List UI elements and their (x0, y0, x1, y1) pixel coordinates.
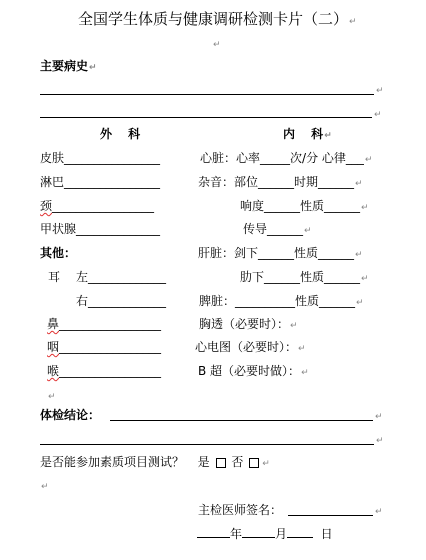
yes-checkbox[interactable] (216, 458, 226, 468)
conclusion-label: 体检结论： (40, 408, 100, 422)
rib-nature-blank: ______ (324, 270, 360, 284)
liver-xiphoid-blank: ______ (258, 246, 294, 260)
spleen-nature-label: 性质 (295, 294, 319, 308)
history-label-text: 主要病史 (40, 59, 88, 73)
spleen-label: 脾脏： (199, 294, 235, 308)
paragraph-mark-icon: ↵ (262, 459, 270, 469)
loudness-label: 响度 (240, 199, 264, 213)
paragraph-mark-icon: ↵ (375, 410, 383, 424)
ear-right-blank: _____________ (88, 294, 166, 308)
paragraph-mark-icon: ↵ (374, 108, 382, 122)
ecg-field[interactable]: 心电图（必要时）：↵ (195, 340, 306, 356)
larynx-label: 喉 (47, 364, 59, 378)
liver-field[interactable]: 肝脏：剑下______性质______↵ (198, 246, 363, 262)
rib-nature-label: 性质 (300, 270, 324, 284)
internal-header: 内 科↵ (283, 127, 332, 143)
other-label: 其他： (40, 246, 76, 260)
nose-blank: _________________ (59, 317, 161, 331)
spleen-field[interactable]: 脾脏：__________性质______↵ (199, 294, 364, 310)
liver-nature-label: 性质 (294, 246, 318, 260)
lymph-label: 淋巴 (40, 175, 64, 189)
neck-field[interactable]: 颈_________________ (40, 199, 154, 213)
paragraph-mark-icon: ↵ (365, 155, 373, 165)
history-label: 主要病史↵ (40, 59, 97, 75)
skin-field[interactable]: 皮肤________________ (40, 151, 160, 165)
larynx-field[interactable]: 喉_________________ (47, 364, 161, 378)
paragraph-mark-icon: ↵ (41, 480, 49, 494)
chest-xray-label: 胸透（必要时）： (199, 317, 289, 331)
rib-field[interactable]: 肋下______性质______↵ (240, 270, 369, 286)
murmur-site-blank: ______ (258, 175, 294, 189)
ear-left-blank: _____________ (88, 270, 166, 284)
paragraph-mark-icon: ↵ (301, 368, 309, 378)
ultrasound-label: B 超（必要时做）： (198, 364, 300, 378)
rib-label: 肋下 (240, 270, 264, 284)
loudness-blank: ______ (264, 199, 300, 213)
neck-blank: _________________ (52, 199, 154, 213)
paragraph-mark-icon: ↵ (213, 38, 221, 52)
test-question-row: 是否能参加素质项目测试？ 是 否 ↵ (40, 455, 270, 471)
ear-label: 耳 (48, 270, 60, 284)
doctor-signature-label: 主检医师签名： (198, 503, 282, 517)
conduction-field[interactable]: 传导______↵ (243, 222, 312, 238)
year-blank[interactable] (197, 526, 230, 538)
chest-xray-field[interactable]: 胸透（必要时）：↵ (199, 317, 298, 333)
lymph-blank: ________________ (64, 175, 160, 189)
spleen-nature-blank: ______ (319, 294, 355, 308)
skin-label: 皮肤 (40, 151, 64, 165)
heart-field[interactable]: 心脏：心率_____次/分 心律___↵ (200, 151, 372, 167)
paragraph-mark-icon: ↵ (375, 505, 383, 519)
skin-blank: ________________ (64, 151, 160, 165)
loudness-nature-label: 性质 (300, 199, 324, 213)
year-label: 年 (230, 527, 242, 541)
day-label: 日 (321, 527, 333, 541)
month-blank[interactable] (242, 526, 275, 538)
thyroid-label: 甲状腺 (40, 222, 76, 236)
paragraph-mark-icon: ↵ (361, 274, 369, 284)
loudness-nature-blank: ______ (324, 199, 360, 213)
paragraph-mark-icon: ↵ (48, 390, 56, 404)
heart-rhythm-label: 心律 (322, 151, 346, 165)
heart-label: 心脏： (200, 151, 236, 165)
ecg-label: 心电图（必要时）： (195, 340, 297, 354)
liver-label: 肝脏： (198, 246, 234, 260)
paragraph-mark-icon: ↵ (356, 298, 364, 308)
paragraph-mark-icon: ↵ (376, 84, 384, 98)
ultrasound-field[interactable]: B 超（必要时做）：↵ (198, 364, 309, 380)
conclusion-line-1[interactable] (110, 420, 373, 421)
spleen-blank: __________ (235, 294, 295, 308)
paragraph-mark-icon: ↵ (376, 434, 384, 448)
test-question-label: 是否能参加素质项目测试？ (40, 455, 184, 469)
conclusion-line-2[interactable] (40, 444, 374, 445)
paragraph-mark-icon: ↵ (304, 226, 312, 236)
no-checkbox[interactable] (249, 458, 259, 468)
title-text: 全国学生体质与健康调研检测卡片（二） (78, 10, 348, 28)
nose-field[interactable]: 鼻_________________ (47, 317, 161, 331)
nose-label: 鼻 (47, 317, 59, 331)
heart-rate-blank: _____ (260, 151, 290, 165)
paragraph-mark-icon: ↵ (355, 250, 363, 260)
heart-rate-label: 心率 (236, 151, 260, 165)
ear-right-label: 右 (76, 294, 88, 308)
no-label: 否 (231, 455, 243, 469)
murmur-label: 杂音： (198, 175, 234, 189)
thyroid-blank: ______________ (76, 222, 160, 236)
document-title: 全国学生体质与健康调研检测卡片（二）↵ (78, 10, 357, 31)
paragraph-mark-icon: ↵ (298, 344, 306, 354)
rib-blank: ______ (264, 270, 300, 284)
liver-xiphoid-label: 剑下 (234, 246, 258, 260)
history-line-1[interactable] (40, 94, 374, 95)
murmur-period-label: 时期 (294, 175, 318, 189)
liver-nature-blank: ______ (318, 246, 354, 260)
heart-rhythm-blank: ___ (346, 151, 364, 165)
paragraph-mark-icon: ↵ (89, 63, 97, 73)
conduction-label: 传导 (243, 222, 267, 236)
lymph-field[interactable]: 淋巴________________ (40, 175, 160, 189)
pharynx-field[interactable]: 咽_________________ (47, 340, 161, 354)
neck-label: 颈 (40, 199, 52, 213)
heart-rate-unit: 次/分 (290, 151, 318, 165)
conduction-blank: ______ (267, 222, 303, 236)
surgery-header: 外 科 (100, 127, 140, 141)
pharynx-label: 咽 (47, 340, 59, 354)
loudness-field[interactable]: 响度______性质______↵ (240, 199, 369, 215)
signature-line[interactable] (288, 515, 373, 516)
paragraph-mark-icon: ↵ (324, 131, 332, 141)
pharynx-blank: _________________ (59, 340, 161, 354)
paragraph-mark-icon: ↵ (361, 203, 369, 213)
paragraph-mark-icon: ↵ (290, 321, 298, 331)
ear-left-field[interactable]: 耳左_____________ (48, 270, 166, 284)
larynx-blank: _________________ (59, 364, 161, 378)
murmur-site-label: 部位 (234, 175, 258, 189)
month-label: 月 (275, 527, 287, 541)
yes-label: 是 (198, 455, 210, 469)
paragraph-mark-icon: ↵ (349, 17, 357, 27)
murmur-period-blank: ______ (318, 175, 354, 189)
murmur-field[interactable]: 杂音：部位______时期______↵ (198, 175, 363, 191)
history-line-2[interactable] (40, 117, 372, 118)
internal-header-text: 内 科 (283, 127, 323, 141)
ear-left-label: 左 (76, 270, 88, 284)
day-blank[interactable] (287, 526, 313, 538)
thyroid-field[interactable]: 甲状腺______________ (40, 222, 160, 236)
ear-right-field[interactable]: 右_____________ (76, 294, 166, 308)
paragraph-mark-icon: ↵ (355, 179, 363, 189)
date-row: 年月 日 (197, 526, 333, 541)
